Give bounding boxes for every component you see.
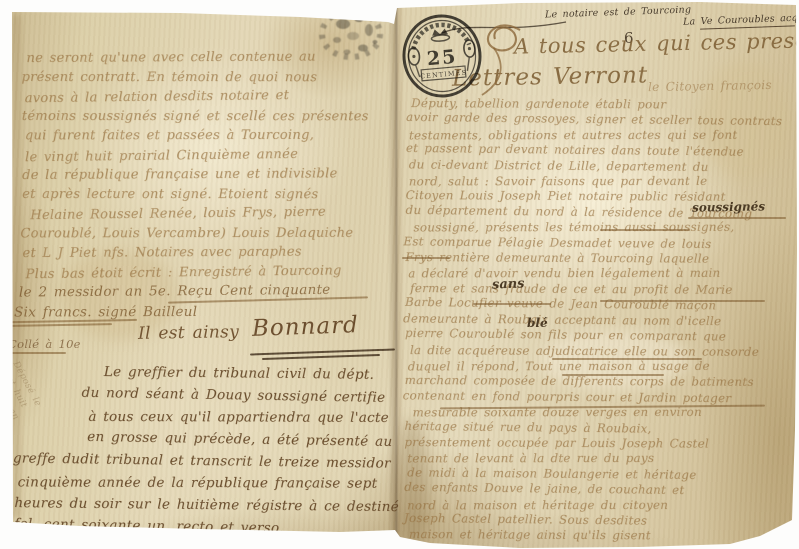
manuscript-line: greffe dudit tribunal et transcrit le tr… xyxy=(13,447,391,474)
retouched-word-sans: sans xyxy=(492,276,525,292)
greffier-certification: Le greffier du tribunal civil du dépt.du… xyxy=(14,360,394,540)
manuscript-line: présent contratt. En témoin de quoi nous xyxy=(22,67,384,87)
manuscript-line: duquel il répond, Tout une maison à usag… xyxy=(408,359,798,375)
signature-flourish-stroke xyxy=(262,354,380,360)
manuscript-line: Est comparue Pélagie Desmadet veuve de l… xyxy=(403,234,793,253)
margin-vertical-text: Vu et vérifié au greffe du tribunal civi… xyxy=(0,50,9,290)
underline-stroke xyxy=(8,352,66,354)
manuscript-line: nord, salut : Savoir faisons que par dev… xyxy=(409,174,799,190)
manuscript-line: témoins soussignés signé et scellé ces p… xyxy=(22,106,384,126)
manuscript-line: tenant de levant à la dte rue du pays xyxy=(407,451,797,467)
manuscript-line: cinquième année de la république françai… xyxy=(18,471,396,494)
manuscript-line: le vingt huit prairial Cinquième année xyxy=(25,143,387,167)
right-body-text: Députy, tabellion gardenote établi poura… xyxy=(404,96,796,545)
notary-signature: Bonnard xyxy=(252,312,360,342)
underline-stroke xyxy=(562,374,664,376)
retouched-word-ble: blé xyxy=(527,316,548,330)
manuscript-line: soussigné, présents les témoins aussi so… xyxy=(413,220,798,236)
ink-smudge-stamp xyxy=(313,6,389,64)
retouched-word-soussignes: soussignés xyxy=(692,199,765,214)
manuscript-paper: ne seront qu'une avec celle contenue aup… xyxy=(0,0,799,549)
heading-continuation: le Citoyen françois xyxy=(648,78,772,94)
underline-stroke xyxy=(600,229,690,231)
manuscript-line: du nord séant à Douay soussigné certifie xyxy=(81,382,393,409)
manuscript-line: avons à la relation desdits notaire et xyxy=(25,85,387,109)
attestation-note: Il est ainsy xyxy=(138,322,239,344)
manuscript-line: de la république française une et indivi… xyxy=(22,164,384,185)
scan-background: ne seront qu'une avec celle contenue aup… xyxy=(0,0,799,549)
underline-stroke xyxy=(552,358,702,360)
underline-stroke xyxy=(688,217,786,219)
manuscript-line: a déclaré d'avoir vendu bien légalement … xyxy=(408,266,798,282)
underline-stroke xyxy=(473,303,551,305)
left-body-text: ne seront qu'une avec celle contenue aup… xyxy=(21,47,384,283)
manuscript-line: et après lecture ont signé. Etoient sign… xyxy=(22,184,384,204)
manuscript-line: qui furent faites et passées à Tourcoing… xyxy=(25,126,382,146)
manuscript-line: Helaine Roussel Renée, louis Frys, pierr… xyxy=(30,202,387,226)
revenue-stamp: 25 CENTIMES xyxy=(397,10,486,103)
manuscript-line: à tous ceux qu'il appartiendra que l'act… xyxy=(88,406,396,429)
manuscript-line: Couroublé, Louis Vercambre) Louis Delaqu… xyxy=(20,223,382,243)
manuscript-line: maison et héritage ainsi qu'ils gisent xyxy=(409,527,794,544)
side-note: Collé à 10e xyxy=(8,337,81,351)
underline-stroke xyxy=(600,300,765,302)
underline-stroke xyxy=(402,257,450,259)
manuscript-line: et L J Piet nfs. Notaires avec paraphes xyxy=(22,242,384,263)
